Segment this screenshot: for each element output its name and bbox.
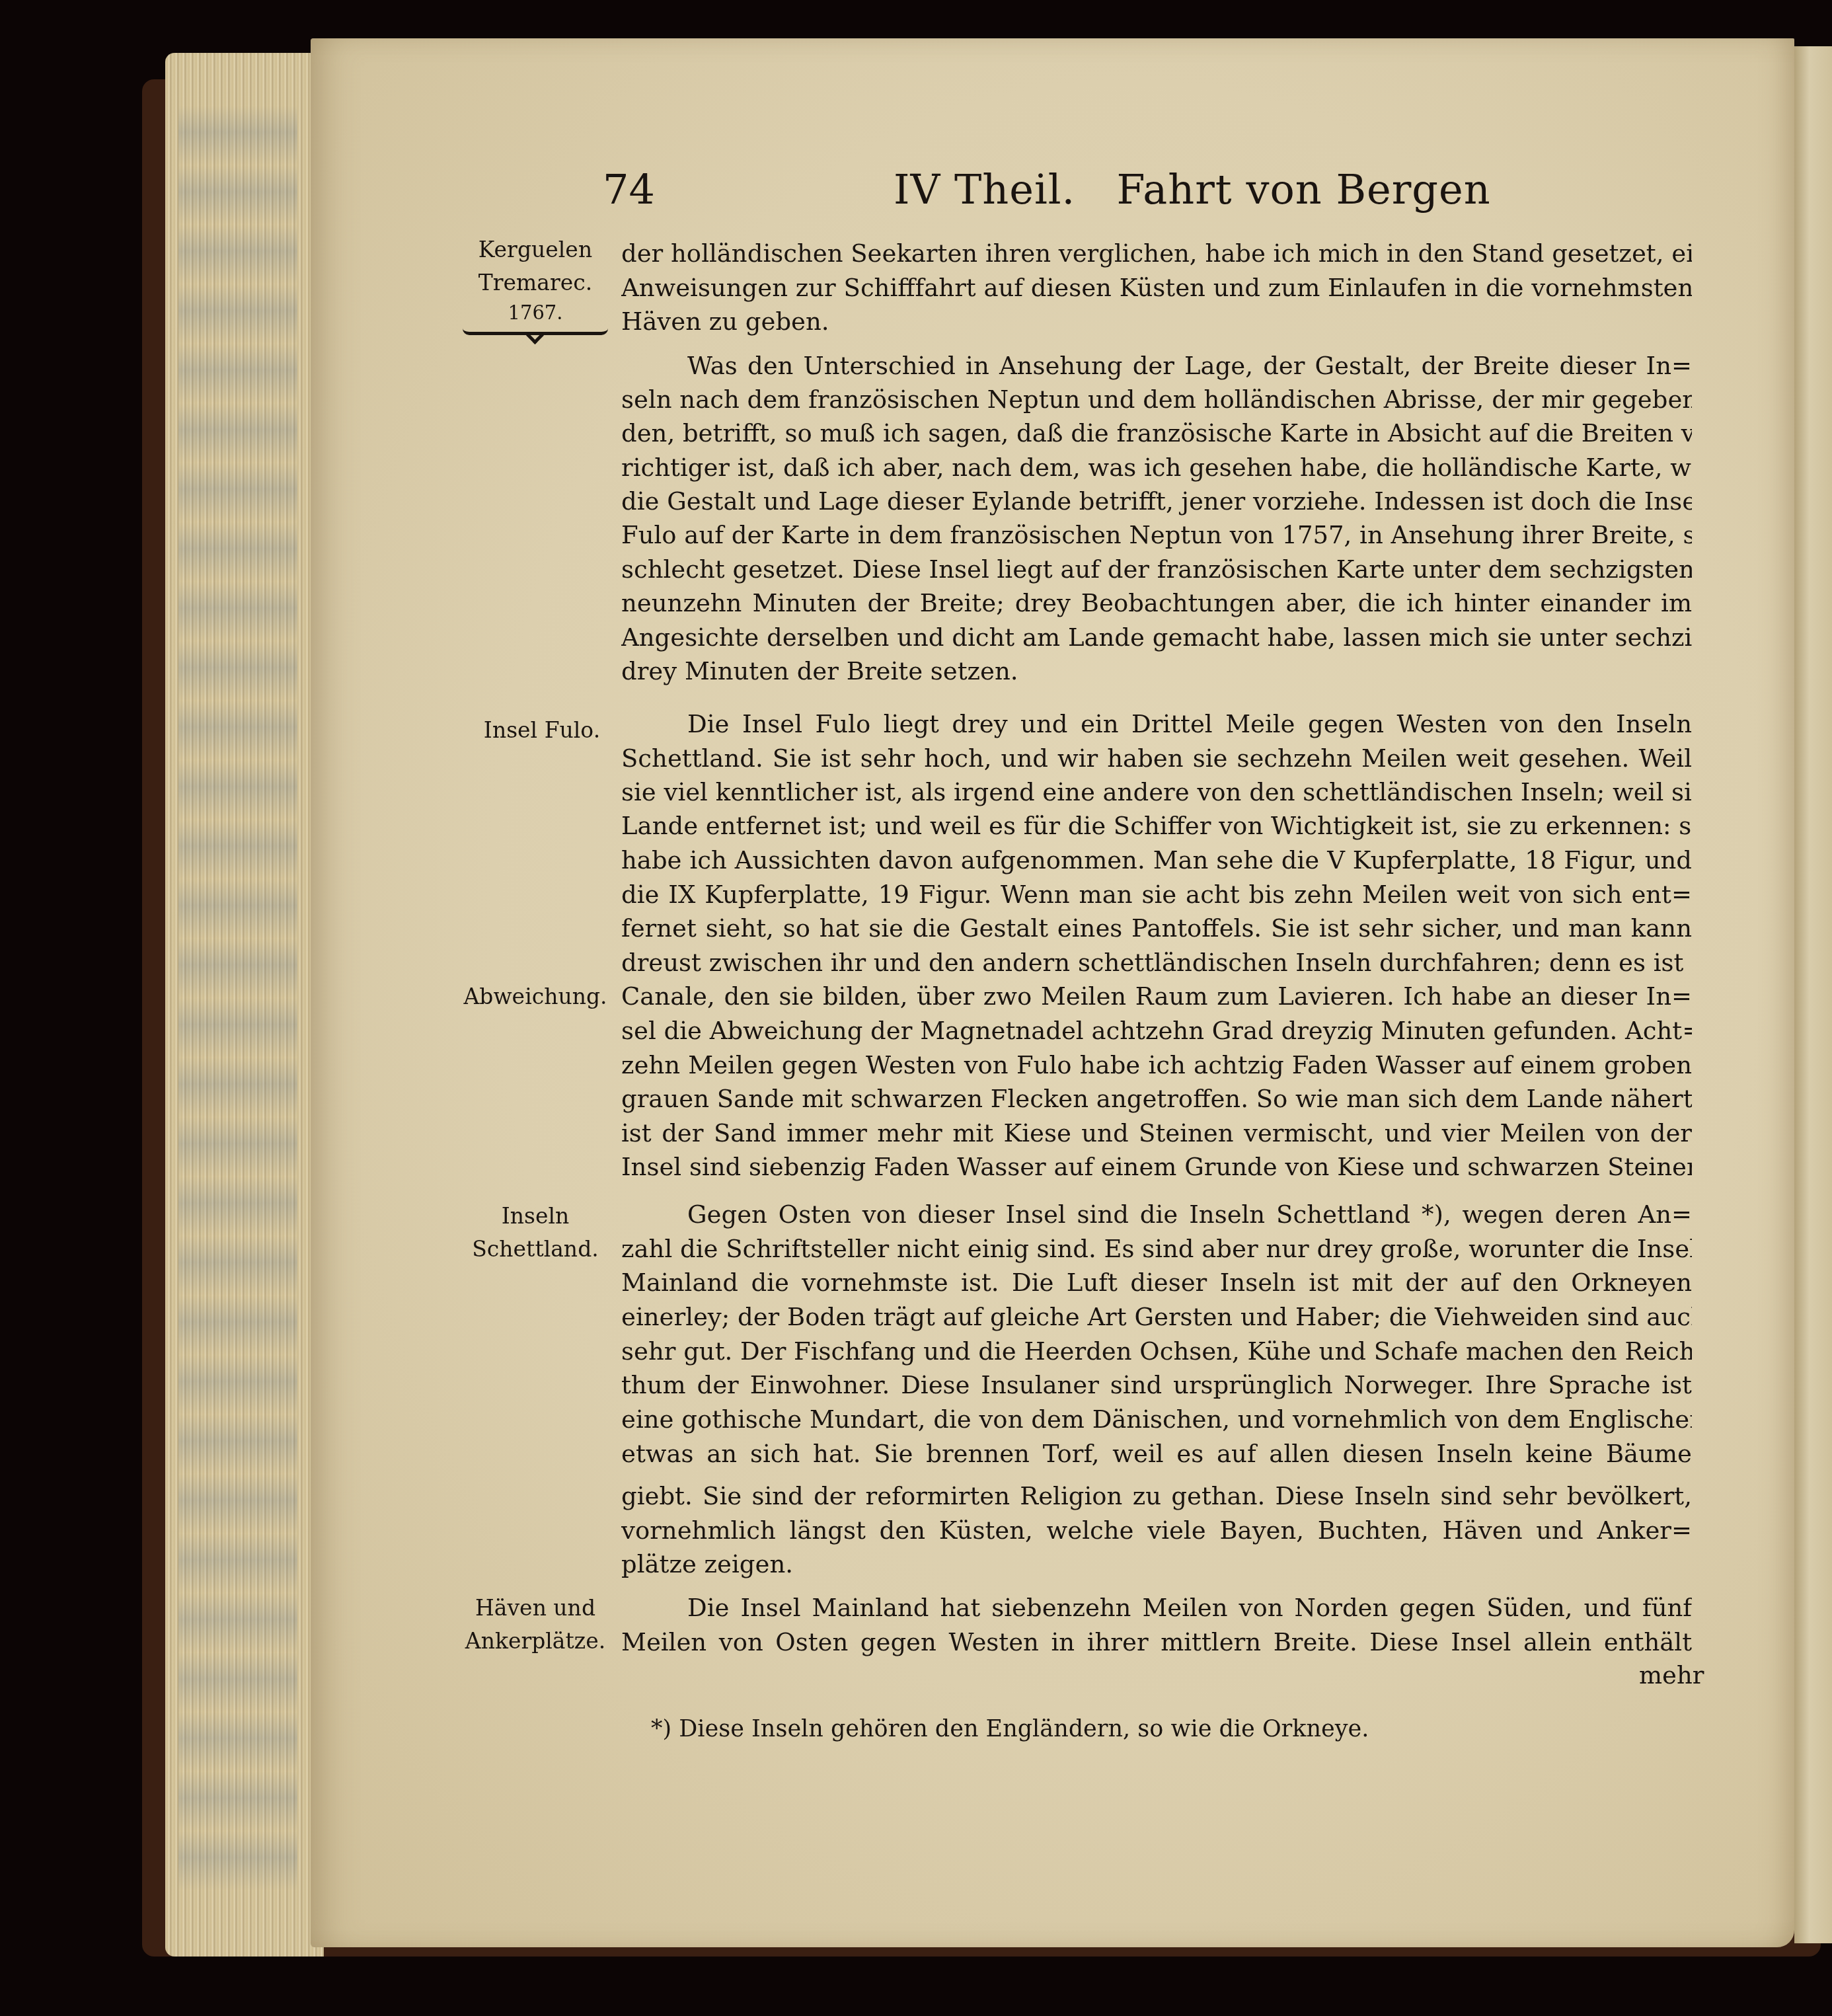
body-line: zehn Meilen gegen Westen von Fulo habe i… — [621, 1048, 1692, 1083]
body-line: schlecht gesetzet. Diese Insel liegt auf… — [621, 553, 1692, 587]
body-line: Canale, den sie bilden, über zwo Meilen … — [621, 980, 1692, 1014]
margin-note-line: Schettland. — [456, 1233, 615, 1266]
body-line: Anweisungen zur Schifffahrt auf diesen K… — [621, 271, 1692, 305]
body-line: Mainland die vornehmste ist. Die Luft di… — [621, 1266, 1692, 1300]
margin-note-kerguelen: Kerguelen Tremarec. 1767. — [456, 233, 615, 326]
body-line: die Gestalt und Lage dieser Eylande betr… — [621, 485, 1692, 519]
body-line: eine gothische Mundart, die von dem Däni… — [621, 1403, 1692, 1437]
body-line: der holländischen Seekarten ihren vergli… — [621, 237, 1692, 271]
body-line: Insel sind siebenzig Faden Wasser auf ei… — [621, 1150, 1692, 1184]
body-line: etwas an sich hat. Sie brennen Torf, wei… — [621, 1437, 1692, 1471]
body-line: neunzehn Minuten der Breite; drey Beobac… — [621, 586, 1692, 621]
body-line: Die Insel Mainland hat siebenzehn Meilen… — [687, 1591, 1692, 1625]
margin-note-line: Abweichung. — [456, 980, 615, 1013]
body-line: Die Insel Fulo liegt drey und ein Dritte… — [687, 707, 1692, 742]
brace-ornament — [463, 323, 608, 335]
body-line: richtiger ist, daß ich aber, nach dem, w… — [621, 451, 1692, 485]
margin-note-haeven-ankerplaetze: Häven und Ankerplätze. — [456, 1592, 615, 1658]
body-line: Häven zu geben. — [621, 305, 1692, 339]
body-line: drey Minuten der Breite setzen. — [621, 654, 1692, 689]
body-line: Meilen von Osten gegen Westen in ihrer m… — [621, 1625, 1692, 1660]
footnote: *) Diese Inseln gehören den Engländern, … — [651, 1716, 1369, 1742]
running-title: IV Theil. Fahrt von Bergen — [894, 165, 1491, 213]
page-number: 74 — [603, 165, 655, 213]
margin-note-line: Insel Fulo. — [463, 714, 621, 747]
body-line: grauen Sande mit schwarzen Flecken anget… — [621, 1082, 1692, 1116]
body-line: Angesichte derselben und dicht am Lande … — [621, 621, 1692, 655]
body-line: sel die Abweichung der Magnetnadel achtz… — [621, 1014, 1692, 1048]
margin-note-line: Kerguelen — [456, 233, 615, 266]
body-line: sehr gut. Der Fischfang und die Heerden … — [621, 1335, 1692, 1369]
body-line: ist der Sand immer mehr mit Kiese und St… — [621, 1116, 1692, 1151]
margin-note-line: Häven und — [456, 1592, 615, 1625]
body-line: giebt. Sie sind der reformirten Religion… — [621, 1479, 1692, 1514]
body-line: die IX Kupferplatte, 19 Figur. Wenn man … — [621, 878, 1692, 912]
body-line: Fulo auf der Karte in dem französischen … — [621, 518, 1692, 553]
margin-note-line: Ankerplätze. — [456, 1625, 615, 1658]
body-line: sie viel kenntlicher ist, als irgend ein… — [621, 775, 1692, 810]
body-line: fernet sieht, so hat sie die Gestalt ein… — [621, 911, 1692, 946]
margin-note-line: Inseln — [456, 1200, 615, 1233]
facing-page-edge — [1794, 46, 1832, 1943]
body-line: plätze zeigen. — [621, 1547, 1692, 1582]
body-line: den, betrifft, so muß ich sagen, daß die… — [621, 416, 1692, 451]
body-line: Gegen Osten von dieser Insel sind die In… — [687, 1198, 1692, 1232]
body-line: thum der Einwohner. Diese Insulaner sind… — [621, 1368, 1692, 1403]
catchword: mehr — [1639, 1661, 1704, 1689]
body-line: Lande entfernet ist; und weil es für die… — [621, 809, 1692, 843]
body-line: Was den Unterschied in Ansehung der Lage… — [687, 349, 1692, 383]
margin-note-abweichung: Abweichung. — [456, 980, 615, 1013]
margin-note-inseln-schettland: Inseln Schettland. — [456, 1200, 615, 1266]
body-line: seln nach dem französischen Neptun und d… — [621, 383, 1692, 417]
margin-note-line: 1767. — [456, 299, 615, 326]
body-line: habe ich Aussichten davon aufgenommen. M… — [621, 843, 1692, 878]
body-line: Schettland. Sie ist sehr hoch, und wir h… — [621, 742, 1692, 776]
margin-note-insel-fulo: Insel Fulo. — [463, 714, 621, 747]
body-line: vornehmlich längst den Küsten, welche vi… — [621, 1514, 1692, 1548]
margin-note-line: Tremarec. — [456, 266, 615, 299]
body-line: dreust zwischen ihr und den andern schet… — [621, 946, 1692, 980]
body-line: einerley; der Boden trägt auf gleiche Ar… — [621, 1300, 1692, 1335]
page-edge-stain — [178, 106, 297, 1890]
body-line: zahl die Schriftsteller nicht einig sind… — [621, 1232, 1692, 1266]
